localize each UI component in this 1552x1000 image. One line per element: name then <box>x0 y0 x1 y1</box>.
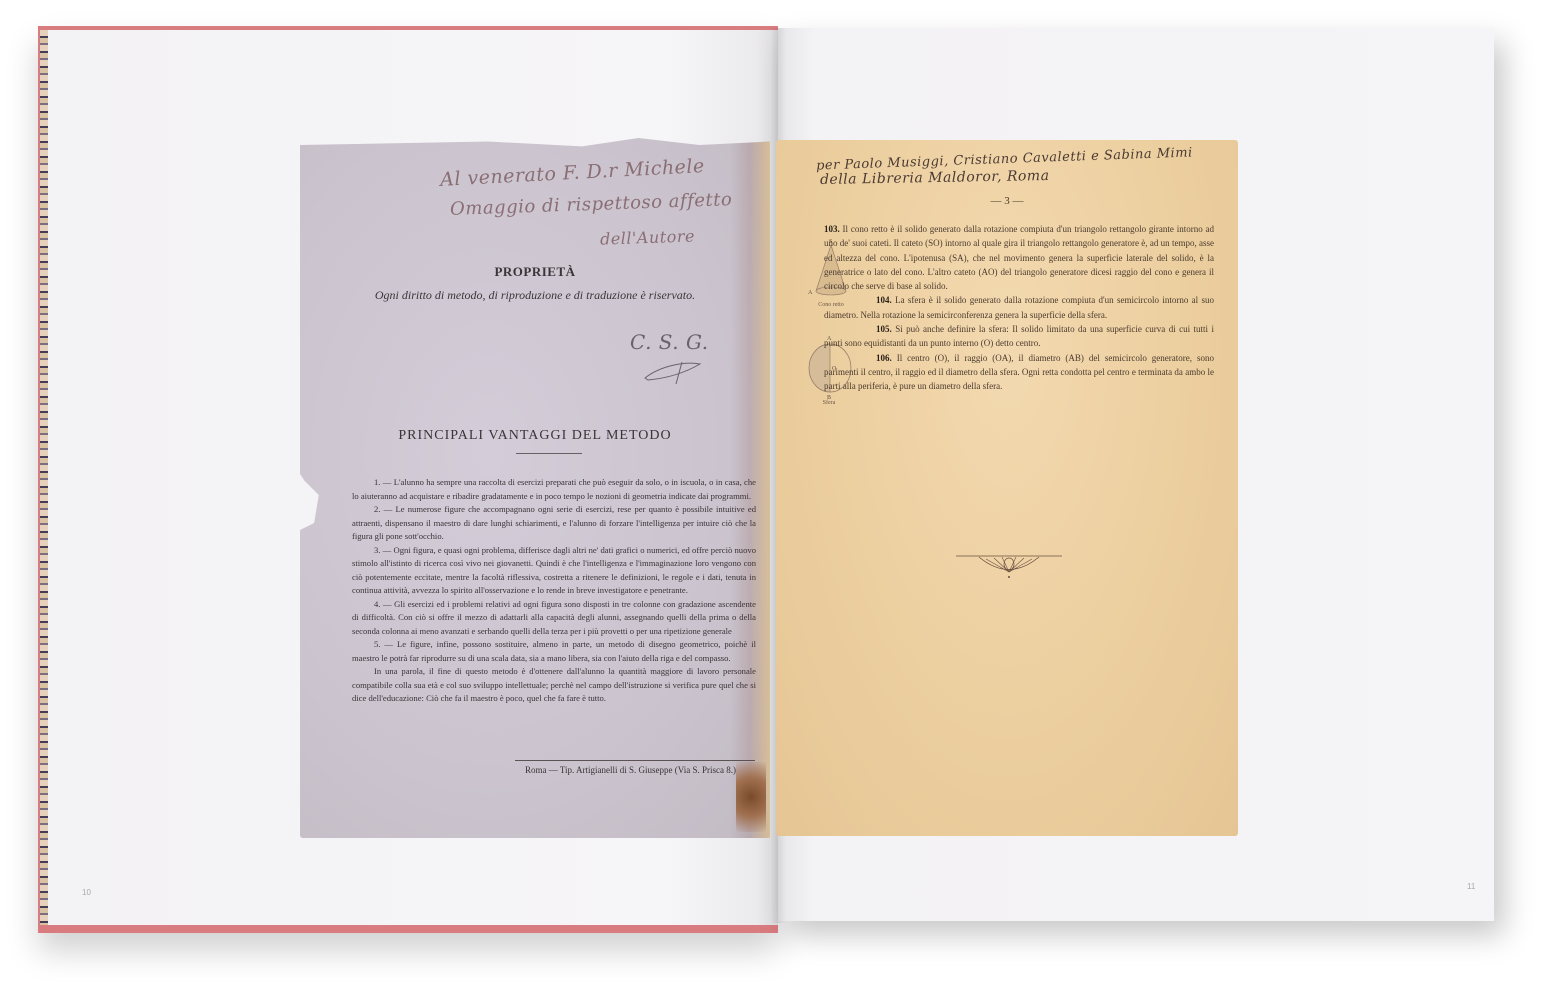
inscription-line-2: Omaggio di rispettoso affetto <box>450 189 733 220</box>
paragraph-1: 1. — L'alunno ha sempre una raccolta di … <box>352 476 756 503</box>
rights-notice: Ogni diritto di metodo, di riproduzione … <box>300 288 770 303</box>
paragraph-conclusion: In una parola, il fine di questo metodo … <box>352 665 756 706</box>
book-cover-marbled-edge <box>40 30 48 925</box>
paragraph-104: 104. La sfera è il solido generato dalla… <box>824 293 1214 322</box>
advantages-body: 1. — L'alunno ha sempre una raccolta di … <box>352 476 756 706</box>
stamp-initials: C. S. G. <box>630 330 709 354</box>
right-folio: 11 <box>1467 882 1475 891</box>
paragraph-105-number: 105. <box>876 324 892 334</box>
inscription-line-3: dell'Autore <box>600 226 695 248</box>
paragraph-103-text: Il cono retto è il solido generato dalla… <box>824 224 1214 291</box>
inscription-line-1: Al venerato F. D.r Michele <box>440 155 706 191</box>
paragraph-103-number: 103. <box>824 224 840 234</box>
printer-imprint: Roma — Tip. Artigianelli di S. Giuseppe … <box>525 765 736 775</box>
paragraph-103: 103. Il cono retto è il solido generato … <box>824 222 1214 293</box>
right-inscription-line-2: della Libreria Maldoror, Roma <box>820 168 1050 188</box>
imprint-rule <box>515 760 755 761</box>
paragraph-105: 105. Si può anche definire la sfera: Il … <box>824 322 1214 351</box>
signature-flourish-icon <box>640 356 710 386</box>
left-folio: 10 <box>82 888 91 897</box>
geometry-text: 103. Il cono retto è il solido generato … <box>824 222 1214 394</box>
section-title: PRINCIPALI VANTAGGI DEL METODO <box>300 428 770 444</box>
paragraph-4: 4. — Gli esercizi ed i problemi relativi… <box>352 598 756 639</box>
sphere-caption: Sfera <box>804 400 854 406</box>
paragraph-104-number: 104. <box>876 295 892 305</box>
paragraph-5: 5. — Le figure, infine, possono sostitui… <box>352 638 756 665</box>
svg-text:A: A <box>808 290 813 296</box>
paragraph-3: 3. — Ogni figura, e quasi ogni problema,… <box>352 544 756 598</box>
title-rule <box>516 453 582 454</box>
fan-ornament-icon <box>954 552 1064 582</box>
paragraph-106-number: 106. <box>876 353 892 363</box>
left-document-sheet: Al venerato F. D.r Michele Omaggio di ri… <box>300 138 770 838</box>
right-document-sheet: per Paolo Musiggi, Cristiano Cavaletti e… <box>776 140 1238 836</box>
sheet-burn-mark <box>736 762 766 832</box>
paragraph-106: 106. Il centro (O), il raggio (OA), il d… <box>824 351 1214 394</box>
page-number: — 3 — <box>776 195 1238 207</box>
property-heading: PROPRIETÀ <box>300 264 770 280</box>
paragraph-2: 2. — Le numerose figure che accompagnano… <box>352 503 756 544</box>
